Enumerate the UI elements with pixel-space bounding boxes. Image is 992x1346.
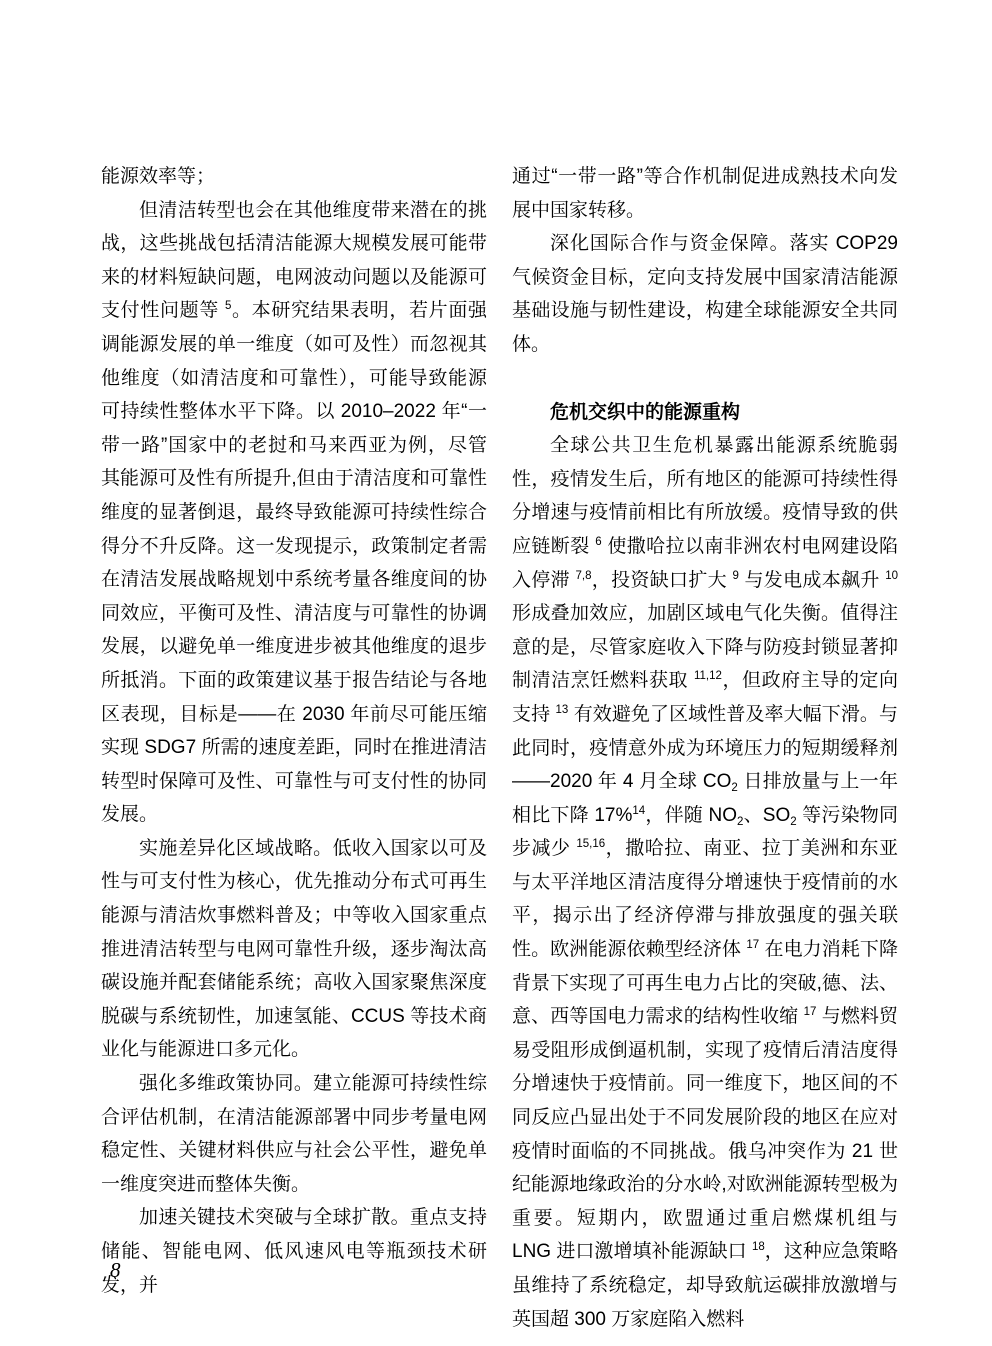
footnote-reference: 17 — [804, 1006, 817, 1018]
text-run: ，伴随 NO — [645, 805, 737, 826]
footnote-reference: 18 — [752, 1241, 765, 1253]
body-paragraph: 但清洁转型也会在其他维度带来潜在的挑战，这些挑战包括清洁能源大规模发展可能带来的… — [101, 194, 487, 832]
footnote-reference: 5 — [225, 300, 231, 312]
text-run: 危机交织中的能源重构 — [550, 402, 740, 423]
footnote-reference: 11,12 — [694, 670, 722, 682]
section-heading: 危机交织中的能源重构 — [512, 396, 898, 430]
footnote-reference: 13 — [556, 704, 569, 716]
text-run: 深化国际合作与资金保障。落实 COP29 气候资金目标，定向支持发展中国家清洁能… — [512, 233, 898, 355]
footnote-reference: 17 — [746, 939, 759, 951]
chemical-subscript: 2 — [731, 782, 737, 794]
right-column: 通过“一带一路”等合作机制促进成熟技术向发展中国家转移。深化国际合作与资金保障。… — [512, 160, 898, 1336]
footnote-reference: 7,8 — [576, 570, 592, 582]
text-run: 通过“一带一路”等合作机制促进成熟技术向发展中国家转移。 — [512, 166, 898, 221]
text-run: 与燃料贸易受阻形成倒逼机制，实现了疫情后清洁度得分增速快于疫情前。同一维度下，地… — [512, 1006, 898, 1262]
text-run: 加速关键技术突破与全球扩散。重点支持储能、智能电网、低风速风电等瓶颈技术研发，并 — [101, 1207, 487, 1295]
body-paragraph: 深化国际合作与资金保障。落实 COP29 气候资金目标，定向支持发展中国家清洁能… — [512, 227, 898, 361]
page-number: 8 — [110, 1258, 121, 1283]
body-paragraph: 强化多维政策协同。建立能源可持续性综合评估机制，在清洁能源部署中同步考量电网稳定… — [101, 1067, 487, 1201]
text-run: ，投资缺口扩大 — [592, 570, 733, 591]
body-paragraph: 加速关键技术突破与全球扩散。重点支持储能、智能电网、低风速风电等瓶颈技术研发，并 — [101, 1201, 487, 1302]
text-run: 能源效率等； — [101, 166, 215, 187]
chemical-subscript: 2 — [737, 816, 743, 828]
body-paragraph: 实施差异化区域战略。低收入国家以可及性与可支付性为核心，优先推动分布式可再生能源… — [101, 832, 487, 1067]
text-run: 强化多维政策协同。建立能源可持续性综合评估机制，在清洁能源部署中同步考量电网稳定… — [101, 1073, 487, 1195]
body-paragraph: 通过“一带一路”等合作机制促进成熟技术向发展中国家转移。 — [512, 160, 898, 227]
body-paragraph: 能源效率等； — [101, 160, 487, 194]
footnote-reference: 14 — [632, 805, 645, 817]
text-run: 实施差异化区域战略。低收入国家以可及性与可支付性为核心，优先推动分布式可再生能源… — [101, 838, 487, 1061]
footnote-reference: 9 — [733, 570, 739, 582]
text-run: 与发电成本飙升 — [739, 570, 885, 591]
text-run: 、SO — [743, 805, 790, 826]
text-run: 。本研究结果表明，若片面强调能源发展的单一维度（如可及性）而忽视其他维度（如清洁… — [101, 300, 487, 825]
body-paragraph: 全球公共卫生危机暴露出能源系统脆弱性，疫情发生后，所有地区的能源可持续性得分增速… — [512, 429, 898, 1336]
footnote-reference: 6 — [595, 536, 601, 548]
left-column: 能源效率等；但清洁转型也会在其他维度带来潜在的挑战，这些挑战包括清洁能源大规模发… — [101, 160, 487, 1336]
footnote-reference: 10 — [885, 570, 898, 582]
footnote-reference: 15,16 — [576, 838, 605, 850]
chemical-subscript: 2 — [790, 816, 796, 828]
two-column-text-area: 能源效率等；但清洁转型也会在其他维度带来潜在的挑战，这些挑战包括清洁能源大规模发… — [101, 160, 898, 1336]
document-page: 能源效率等；但清洁转型也会在其他维度带来潜在的挑战，这些挑战包括清洁能源大规模发… — [0, 0, 992, 1346]
